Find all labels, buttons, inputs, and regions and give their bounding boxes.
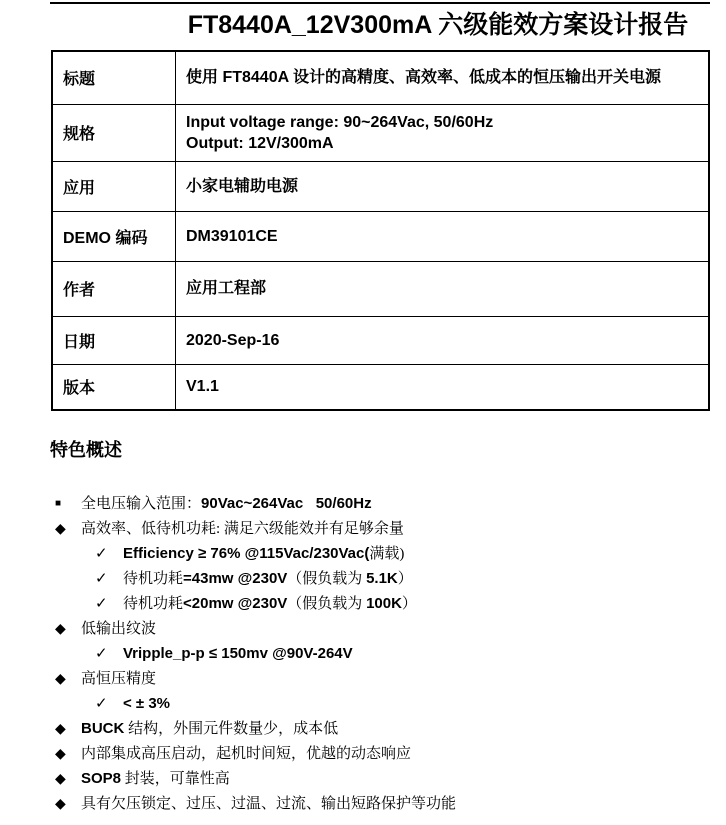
feature-text-run: 低输出纹波	[81, 621, 156, 637]
check-bullet-icon: ✓	[95, 591, 108, 616]
feature-text-run: 100K	[366, 595, 402, 612]
row-label: 标题	[52, 51, 176, 104]
row-label: 日期	[52, 316, 176, 364]
row-label: DEMO 编码	[52, 211, 176, 261]
header-rule	[50, 2, 710, 4]
row-label: 作者	[52, 261, 176, 316]
feature-item: ✓ Efficiency ≥ 76% @115Vac/230Vac(满载)	[0, 541, 726, 566]
feature-text-run: <20mw @230V	[183, 595, 287, 612]
square-bullet-icon: ■	[55, 491, 61, 516]
feature-text-run: 全电压输入范围：	[81, 496, 201, 512]
feature-item: ◆ 高恒压精度	[0, 666, 726, 691]
feature-item: ◆ 高效率、低待机功耗: 满足六级能效并有足够余量	[0, 516, 726, 541]
feature-text-run: =43mw @230V	[183, 570, 287, 587]
feature-text-run: 5.1K	[366, 570, 398, 587]
page-title: FT8440A_12V300mA 六级能效方案设计报告	[0, 9, 726, 41]
feature-text-run: （假负载为	[287, 571, 366, 587]
feature-text-run: 90Vac~264Vac 50/60Hz	[201, 495, 372, 512]
feature-text-run: 满载)	[369, 546, 404, 562]
feature-item: ✓ 待机功耗=43mw @230V（假负载为 5.1K）	[0, 566, 726, 591]
table-row: DEMO 编码 DM39101CE	[52, 211, 709, 261]
feature-text-run: 结构，外围元件数量少，成本低	[124, 721, 338, 737]
feature-text-run: （假负载为	[287, 596, 366, 612]
feature-item: ◆ 低输出纹波	[0, 616, 726, 641]
feature-text-run: 具有欠压锁定、过压、过温、过流、输出短路保护等功能	[81, 796, 456, 812]
table-row: 应用 小家电辅助电源	[52, 161, 709, 211]
feature-text-run: 高效率、低待机功耗: 满足六级能效并有足够余量	[81, 521, 404, 537]
row-value: DM39101CE	[176, 211, 710, 261]
table-row: 作者 应用工程部	[52, 261, 709, 316]
check-bullet-icon: ✓	[95, 691, 108, 716]
feature-text-run: ）	[402, 596, 417, 612]
feature-text-run: Vripple_p-p ≤ 150mv @90V-264V	[123, 645, 353, 662]
row-label: 版本	[52, 364, 176, 410]
diamond-bullet-icon: ◆	[55, 666, 66, 691]
feature-item: ✓ 待机功耗<20mw @230V（假负载为 100K）	[0, 591, 726, 616]
check-bullet-icon: ✓	[95, 641, 108, 666]
feature-text-run: 待机功耗	[123, 571, 183, 587]
diamond-bullet-icon: ◆	[55, 766, 66, 791]
table-row: 日期 2020-Sep-16	[52, 316, 709, 364]
row-label: 应用	[52, 161, 176, 211]
feature-item: ◆ 内部集成高压启动，起机时间短，优越的动态响应	[0, 741, 726, 766]
feature-text-run: 高恒压精度	[81, 671, 156, 687]
diamond-bullet-icon: ◆	[55, 516, 66, 541]
diamond-bullet-icon: ◆	[55, 741, 66, 766]
feature-item: ✓ < ± 3%	[0, 691, 726, 716]
row-label: 规格	[52, 104, 176, 161]
info-table: 标题 使用 FT8440A 设计的高精度、高效率、低成本的恒压输出开关电源 规格…	[51, 50, 710, 411]
check-bullet-icon: ✓	[95, 541, 108, 566]
row-value: 小家电辅助电源	[176, 161, 710, 211]
features-list: ■ 全电压输入范围：90Vac~264Vac 50/60Hz ◆ 高效率、低待机…	[0, 491, 726, 816]
feature-text-run: BUCK	[81, 720, 124, 737]
feature-text-run: < ± 3%	[123, 695, 170, 712]
feature-text-run: SOP8	[81, 770, 121, 787]
diamond-bullet-icon: ◆	[55, 716, 66, 741]
feature-text-run: Efficiency ≥ 76% @115Vac/230Vac(	[123, 545, 369, 562]
feature-text-run: 封装，可靠性高	[121, 771, 230, 787]
row-value: 使用 FT8440A 设计的高精度、高效率、低成本的恒压输出开关电源	[176, 51, 710, 104]
table-row: 标题 使用 FT8440A 设计的高精度、高效率、低成本的恒压输出开关电源	[52, 51, 709, 104]
table-row: 版本 V1.1	[52, 364, 709, 410]
feature-item: ✓ Vripple_p-p ≤ 150mv @90V-264V	[0, 641, 726, 666]
diamond-bullet-icon: ◆	[55, 791, 66, 816]
table-row: 规格 Input voltage range: 90~264Vac, 50/60…	[52, 104, 709, 161]
feature-item: ◆ SOP8 封装，可靠性高	[0, 766, 726, 791]
feature-text-run: 内部集成高压启动，起机时间短，优越的动态响应	[81, 746, 411, 762]
features-heading: 特色概述	[50, 436, 122, 462]
row-value: 应用工程部	[176, 261, 710, 316]
row-value: V1.1	[176, 364, 710, 410]
diamond-bullet-icon: ◆	[55, 616, 66, 641]
feature-item: ◆ 具有欠压锁定、过压、过温、过流、输出短路保护等功能	[0, 791, 726, 816]
feature-item: ■ 全电压输入范围：90Vac~264Vac 50/60Hz	[0, 491, 726, 516]
feature-text-run: 待机功耗	[123, 596, 183, 612]
feature-item: ◆ BUCK 结构，外围元件数量少，成本低	[0, 716, 726, 741]
row-value: Input voltage range: 90~264Vac, 50/60Hz …	[176, 104, 710, 161]
row-value: 2020-Sep-16	[176, 316, 710, 364]
feature-text-run: ）	[398, 571, 413, 587]
check-bullet-icon: ✓	[95, 566, 108, 591]
